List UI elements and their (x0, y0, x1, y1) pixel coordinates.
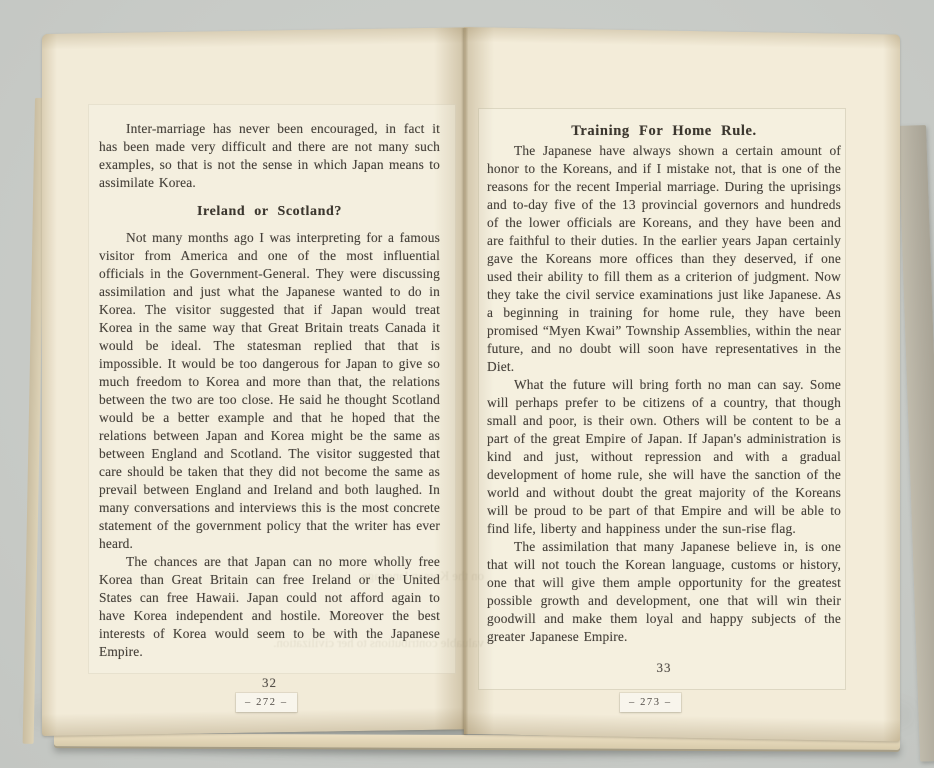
book-cover-board (898, 125, 934, 762)
chapter-heading: Training For Home Rule. (487, 122, 841, 140)
open-book: on the Korean language, valuable contrib… (42, 24, 902, 740)
page-number: 33 (487, 659, 841, 677)
photo-background: on the Korean language, valuable contrib… (0, 0, 934, 768)
right-page-text: Training For Home Rule. The Japanese hav… (487, 122, 841, 677)
catalog-number-stamp: – 272 – (236, 693, 297, 712)
paragraph: The assimilation that many Japanese beli… (487, 538, 841, 646)
left-page-text: Inter-marriage has never been encouraged… (99, 120, 440, 692)
book-gutter (461, 28, 468, 735)
section-heading: Ireland or Scotland? (99, 203, 440, 221)
paragraph: Not many months ago I was interpreting f… (99, 229, 440, 553)
paragraph: What the future will bring forth no man … (487, 376, 841, 538)
page-number: 32 (99, 674, 440, 692)
catalog-number-stamp: – 273 – (620, 693, 681, 712)
paragraph: The Japanese have always shown a certain… (487, 142, 841, 376)
paragraph: Inter-marriage has never been encouraged… (99, 120, 440, 192)
paragraph: The chances are that Japan can no more w… (99, 553, 440, 661)
